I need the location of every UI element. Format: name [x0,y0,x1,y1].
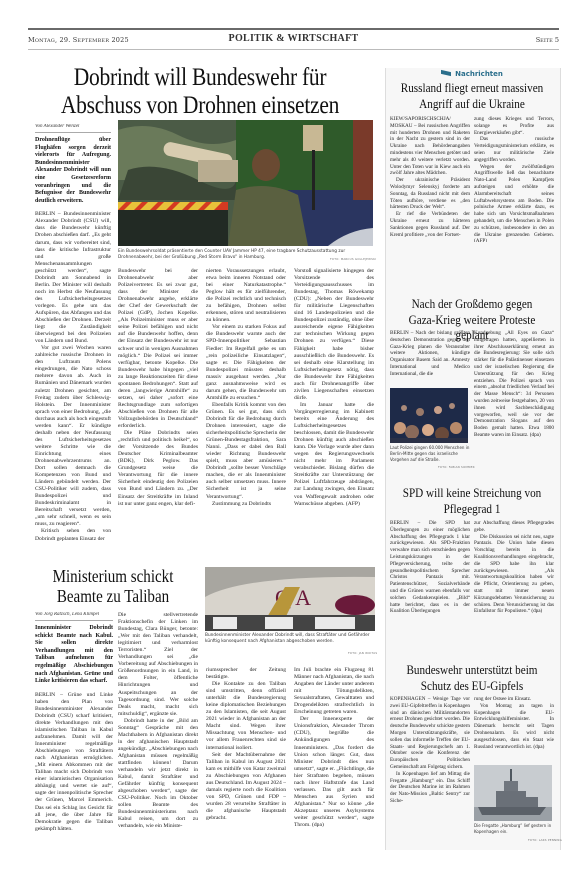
sidebar-label: Nachrichten [385,70,559,78]
main-body-col-4: Vorstoß signalisierte hingegen der Vorsi… [294,268,374,553]
frigate-photo [474,765,552,821]
demo-photo-caption: Laut Polizei gingen 60.000 Menschen in B… [390,445,470,462]
second-headline: Ministerium schickt Beamte zu Taliban [40,566,186,606]
sidebar-item-1-col-2: zung dieses Krieges und Terrors, solange… [474,116,554,242]
header-top-rule [28,28,559,30]
main-headline: Dobrindt will Bundeswehr für Abschuss vo… [52,64,348,120]
frigate-photo-caption: Die Fregatte „Hamburg“ lief gestern in K… [474,823,554,835]
second-lead: Innenminister Dobrindt schickt Beamte na… [35,625,113,686]
plane-photo-credit: FOTO: JAN WOITAS [348,651,377,655]
demo-photo [390,388,468,443]
plane-photo: Q A [205,567,375,631]
crowd-image [390,388,468,443]
page-number: Seite 5 [536,36,559,44]
second-body-col-4: Im Juli brachte ein Flugzeug 81 Männer n… [294,667,374,852]
main-body-col-3: nierten Voraussetzungen erlaubt, etwa be… [206,268,286,553]
plane-photo-caption: Bundesinnenminister Alexander Dobrindt w… [205,633,375,645]
sidebar-item-2-col-1: BERLIN – Nach der bislang größten deutsc… [390,330,470,378]
page-header: Montag, 29. September 2025 POLITIK & WIR… [28,32,559,48]
second-body-col-3: riumssprecher der Zeitung bestätigte. Di… [206,667,286,852]
qatar-airways-plane-image: Q A [205,567,375,631]
news-flag-icon [441,70,451,76]
sidebar-item-1-col-1: KIEW/SAPORISCHSCHJA/ MOSKAU – Bei russis… [390,116,470,242]
second-article-col-1: Von Jörg Ratzsch, Lena Klimpel Innenmini… [35,612,113,852]
drone-jammer-photo [118,120,373,246]
main-photo-credit: FOTO: MARCUS GOLLEJEWSKI [330,257,376,261]
main-lead: Drohnenflüge über Flughäfen sorgen derze… [35,137,111,205]
demo-photo-credit: FOTO: FABIAN SOMMER [438,465,475,469]
header-bottom-rule [28,49,559,50]
sidebar-item-4-col-2: rung der Ostsee im Einsatz. Von Montag a… [474,696,554,752]
second-body-col-1: BERLIN – Grüne und Linke haben den Plan … [35,692,113,833]
second-byline: Von Jörg Ratzsch, Lena Klimpel [35,612,113,621]
sidebar-headline-1: Russland fliegt erneut massiven Angriff … [397,80,547,111]
main-body-col-1: BERLIN – Bundesinnenminister Alexander D… [35,211,111,542]
sidebar-item-3-col-2: zur Abschaffung dieses Pflegegrades gebe… [474,520,554,652]
frigate-hamburg-image [474,765,552,821]
sidebar-headline-4: Bundeswehr unterstützt beim Schutz des E… [397,662,547,693]
sidebar-item-2-col-2: Kundgebung „All Eyes on Gaza“ mitgetrage… [474,330,554,475]
section-title: POLITIK & WIRTSCHAFT [28,33,559,44]
main-byline: Von Alexander Wenzel [35,124,111,133]
sidebar-headline-3: SPD will keine Streichung von Pflegegrad… [397,485,547,516]
main-body-col-2: Bundeswehr bei der Drohnenabwehr aber Po… [118,268,198,553]
soldier-with-jammer-image [118,120,373,246]
sidebar-item-4-col-1: KOPENHAGEN – Wenige Tage vor zwei EU-Gip… [390,696,470,842]
sidebar-item-3-col-1: BERLIN – Die SPD hat Überlegungen zu ein… [390,520,470,652]
frigate-photo-credit: FOTO: LARS PENNING [528,838,562,842]
second-body-col-2: Die stellvertretende Fraktionschefin der… [118,612,198,852]
main-article-col-1: Von Alexander Wenzel Drohnenflüge über F… [35,124,111,554]
